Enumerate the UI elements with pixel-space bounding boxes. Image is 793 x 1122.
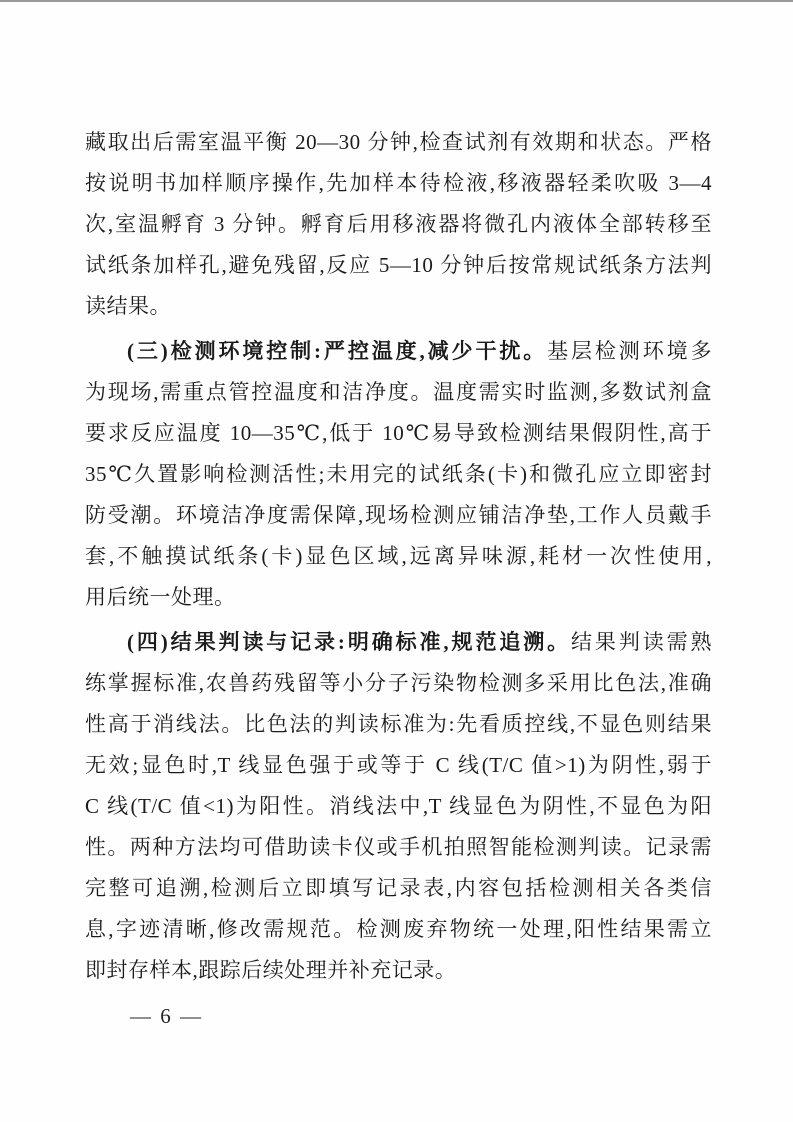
text-line: 读结果。 (85, 286, 712, 327)
text-segment: 息,字迹清晰,修改需规范。检测废弃物统一处理,阳性结果需立 (85, 917, 712, 941)
scan-edge-artifact (0, 0, 793, 2)
text-line: 完整可追溯,检测后立即填写记录表,内容包括检测相关各类信 (85, 868, 712, 909)
text-line: 性高于消线法。比色法的判读标准为:先看质控线,不显色则结果 (85, 704, 712, 745)
section-heading: (四)结果判读与记录:明确标准,规范追溯。 (127, 630, 571, 654)
text-segment: 用后统一处理。 (85, 585, 236, 609)
text-line: 试纸条加样孔,避免残留,反应 5—10 分钟后按常规试纸条方法判 (85, 245, 712, 286)
text-line: 性。两种方法均可借助读卡仪或手机拍照智能检测判读。记录需 (85, 827, 712, 868)
text-line: 要求反应温度 10—35℃,低于 10℃易导致检测结果假阴性,高于 (85, 413, 712, 454)
section-heading: (三)检测环境控制:严控温度,减少干扰。 (127, 339, 547, 363)
text-segment: 35℃久置影响检测活性;未用完的试纸条(卡)和微孔应立即密封 (85, 462, 712, 486)
text-segment: 即封存样本,跟踪后续处理并补充记录。 (85, 958, 456, 982)
text-line: 即封存样本,跟踪后续处理并补充记录。 (85, 950, 712, 991)
text-line: 用后统一处理。 (85, 577, 712, 618)
text-segment: 性。两种方法均可借助读卡仪或手机拍照智能检测判读。记录需 (85, 835, 712, 859)
text-segment: 结果判读需熟 (571, 630, 712, 654)
text-line: (四)结果判读与记录:明确标准,规范追溯。结果判读需熟 (85, 622, 712, 663)
text-line: 次,室温孵育 3 分钟。孵育后用移液器将微孔内液体全部转移至 (85, 204, 712, 245)
text-segment: 次,室温孵育 3 分钟。孵育后用移液器将微孔内液体全部转移至 (85, 212, 712, 236)
text-segment: 基层检测环境多 (547, 339, 712, 363)
text-segment: 读结果。 (85, 294, 171, 318)
text-line: 无效;显色时,T 线显色强于或等于 C 线(T/C 值>1)为阴性,弱于 (85, 745, 712, 786)
document-body: 藏取出后需室温平衡 20—30 分钟,检查试剂有效期和状态。严格按说明书加样顺序… (85, 122, 712, 991)
text-line: 藏取出后需室温平衡 20—30 分钟,检查试剂有效期和状态。严格 (85, 122, 712, 163)
text-segment: 完整可追溯,检测后立即填写记录表,内容包括检测相关各类信 (85, 876, 712, 900)
text-segment: 藏取出后需室温平衡 20—30 分钟,检查试剂有效期和状态。严格 (85, 130, 712, 154)
text-line: 为现场,需重点管控温度和洁净度。温度需实时监测,多数试剂盒 (85, 372, 712, 413)
text-segment: C 线(T/C 值<1)为阳性。消线法中,T 线显色为阴性,不显色为阳 (85, 794, 712, 818)
text-line: 套,不触摸试纸条(卡)显色区域,远离异味源,耗材一次性使用, (85, 536, 712, 577)
paragraph-section-4-result-reading-records: (四)结果判读与记录:明确标准,规范追溯。结果判读需熟练掌握标准,农兽药残留等小… (85, 622, 712, 991)
text-line: 息,字迹清晰,修改需规范。检测废弃物统一处理,阳性结果需立 (85, 909, 712, 950)
text-segment: 试纸条加样孔,避免残留,反应 5—10 分钟后按常规试纸条方法判 (85, 253, 712, 277)
paragraph-section-3-environment-control: (三)检测环境控制:严控温度,减少干扰。基层检测环境多为现场,需重点管控温度和洁… (85, 331, 712, 618)
text-segment: 为现场,需重点管控温度和洁净度。温度需实时监测,多数试剂盒 (85, 380, 712, 404)
text-segment: 无效;显色时,T 线显色强于或等于 C 线(T/C 值>1)为阴性,弱于 (85, 753, 712, 777)
text-line: (三)检测环境控制:严控温度,减少干扰。基层检测环境多 (85, 331, 712, 372)
text-segment: 防受潮。环境洁净度需保障,现场检测应铺洁净垫,工作人员戴手 (85, 503, 712, 527)
document-page: 藏取出后需室温平衡 20—30 分钟,检查试剂有效期和状态。严格按说明书加样顺序… (0, 0, 793, 1122)
text-segment: 性高于消线法。比色法的判读标准为:先看质控线,不显色则结果 (85, 712, 712, 736)
page-number: — 6 — (130, 1004, 203, 1029)
text-segment: 按说明书加样顺序操作,先加样本待检液,移液器轻柔吹吸 3—4 (85, 171, 712, 195)
text-segment: 要求反应温度 10—35℃,低于 10℃易导致检测结果假阴性,高于 (85, 421, 712, 445)
text-segment: 套,不触摸试纸条(卡)显色区域,远离异味源,耗材一次性使用, (85, 544, 712, 568)
text-line: 按说明书加样顺序操作,先加样本待检液,移液器轻柔吹吸 3—4 (85, 163, 712, 204)
text-line: 练掌握标准,农兽药残留等小分子污染物检测多采用比色法,准确 (85, 663, 712, 704)
paragraph-continuation-storage-steps: 藏取出后需室温平衡 20—30 分钟,检查试剂有效期和状态。严格按说明书加样顺序… (85, 122, 712, 327)
text-line: 防受潮。环境洁净度需保障,现场检测应铺洁净垫,工作人员戴手 (85, 495, 712, 536)
text-line: 35℃久置影响检测活性;未用完的试纸条(卡)和微孔应立即密封 (85, 454, 712, 495)
text-segment: 练掌握标准,农兽药残留等小分子污染物检测多采用比色法,准确 (85, 671, 712, 695)
text-line: C 线(T/C 值<1)为阳性。消线法中,T 线显色为阴性,不显色为阳 (85, 786, 712, 827)
